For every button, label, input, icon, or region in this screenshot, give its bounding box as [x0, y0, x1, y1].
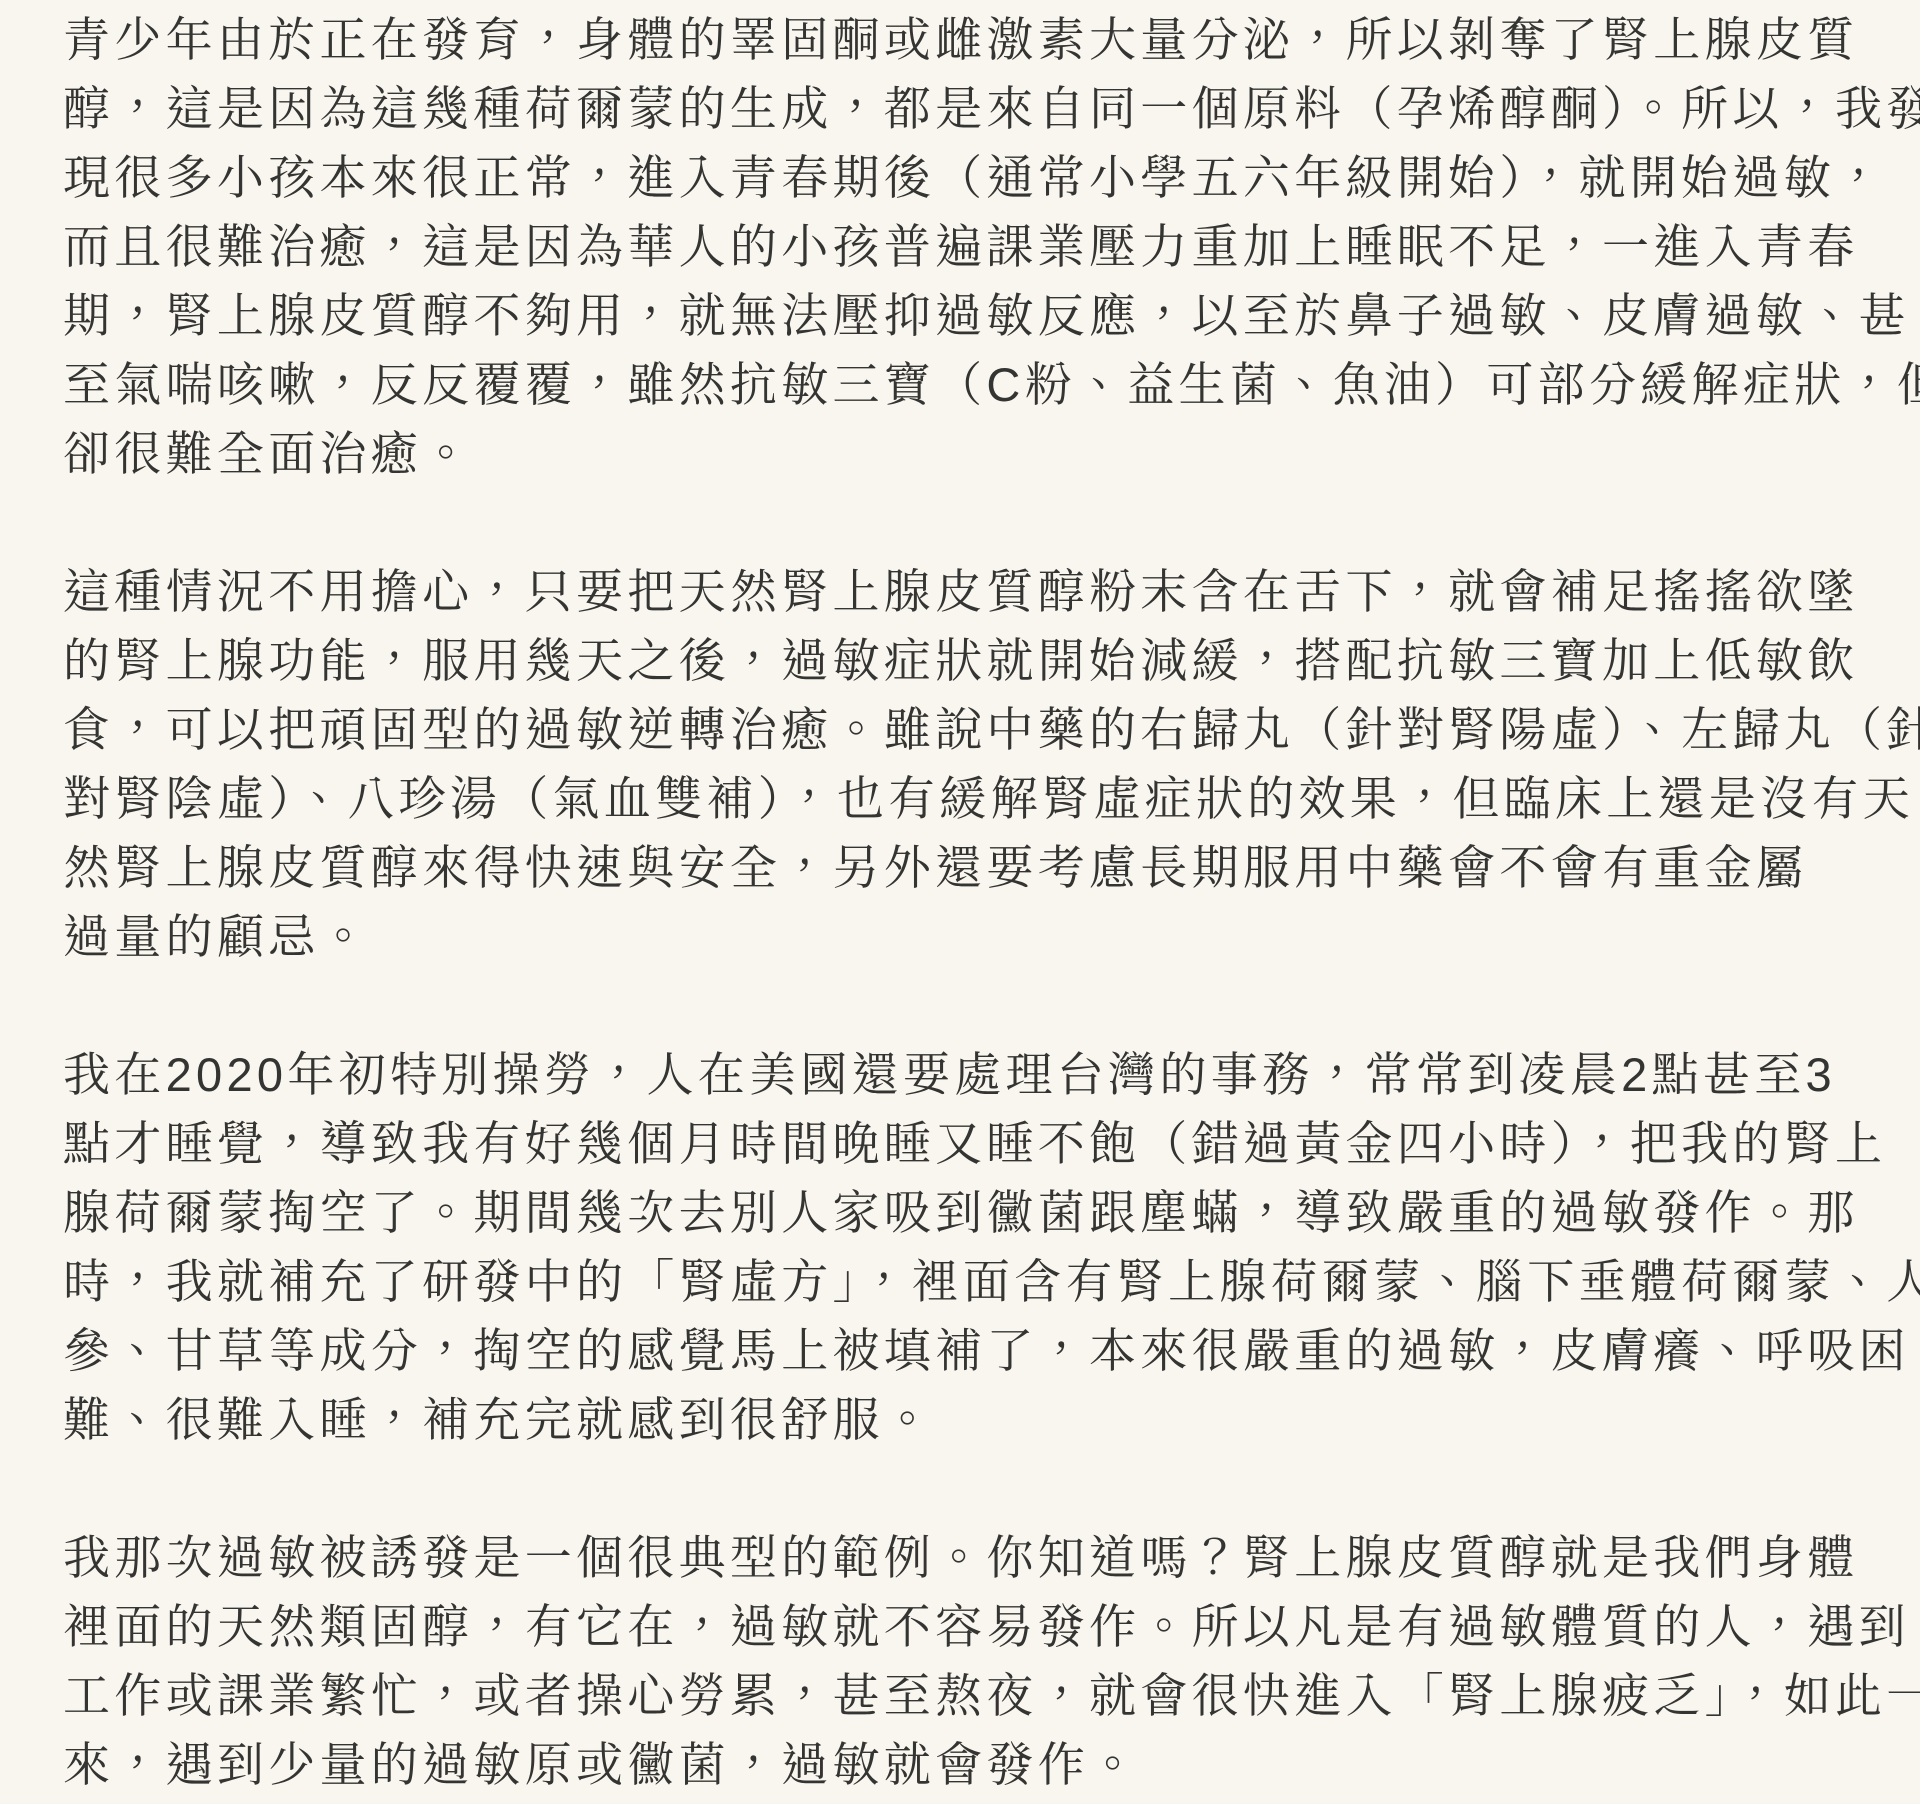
- text-line: 然腎上腺皮質醇來得快速與安全，另外還要考慮長期服用中藥會不會有重金屬: [63, 833, 1880, 902]
- text-line: 參、甘草等成分，掏空的感覺馬上被填補了，本來很嚴重的過敏，皮膚癢、呼吸困: [63, 1316, 1880, 1385]
- article-text: 青少年由於正在發育，身體的睪固酮或雌激素大量分泌，所以剝奪了腎上腺皮質 醇，這是…: [63, 5, 1880, 1799]
- text-line: 醇，這是因為這幾種荷爾蒙的生成，都是來自同一個原料（孕烯醇酮）。所以，我發: [63, 74, 1880, 143]
- text-line: 裡面的天然類固醇，有它在，過敏就不容易發作。所以凡是有過敏體質的人，遇到: [63, 1592, 1880, 1661]
- text-line: 來，遇到少量的過敏原或黴菌，過敏就會發作。: [63, 1730, 1880, 1799]
- text-line: 腺荷爾蒙掏空了。期間幾次去別人家吸到黴菌跟塵蟎，導致嚴重的過敏發作。那: [63, 1178, 1880, 1247]
- text-line: 時，我就補充了研發中的「腎虛方」，裡面含有腎上腺荷爾蒙、腦下垂體荷爾蒙、人: [63, 1247, 1880, 1316]
- text-line: 青少年由於正在發育，身體的睪固酮或雌激素大量分泌，所以剝奪了腎上腺皮質: [63, 5, 1880, 74]
- text-line: 的腎上腺功能，服用幾天之後，過敏症狀就開始減緩，搭配抗敏三寶加上低敏飲: [63, 626, 1880, 695]
- text-line: 這種情況不用擔心，只要把天然腎上腺皮質醇粉末含在舌下，就會補足搖搖欲墜: [63, 557, 1880, 626]
- text-line: 工作或課業繁忙，或者操心勞累，甚至熬夜，就會很快進入「腎上腺疲乏」，如此一: [63, 1661, 1880, 1730]
- text-line: 食，可以把頑固型的過敏逆轉治癒。雖說中藥的右歸丸（針對腎陽虛）、左歸丸（針: [63, 695, 1880, 764]
- text-line: 對腎陰虛）、八珍湯（氣血雙補），也有緩解腎虛症狀的效果，但臨床上還是沒有天: [63, 764, 1880, 833]
- paragraph-adolescents-allergy: 青少年由於正在發育，身體的睪固酮或雌激素大量分泌，所以剝奪了腎上腺皮質 醇，這是…: [63, 5, 1880, 488]
- text-line: 期，腎上腺皮質醇不夠用，就無法壓抑過敏反應，以至於鼻子過敏、皮膚過敏、甚: [63, 281, 1880, 350]
- text-line: 難、很難入睡，補充完就感到很舒服。: [63, 1385, 1880, 1454]
- text-line: 我在2020年初特別操勞，人在美國還要處理台灣的事務，常常到凌晨2點甚至3: [63, 1040, 1880, 1109]
- text-line: 卻很難全面治癒。: [63, 419, 1880, 488]
- text-line: 過量的顧忌。: [63, 902, 1880, 971]
- paragraph-natural-steroid: 我那次過敏被誘發是一個很典型的範例。你知道嗎？腎上腺皮質醇就是我們身體 裡面的天…: [63, 1523, 1880, 1799]
- document-page: 青少年由於正在發育，身體的睪固酮或雌激素大量分泌，所以剝奪了腎上腺皮質 醇，這是…: [0, 0, 1920, 1804]
- text-line: 而且很難治癒，這是因為華人的小孩普遍課業壓力重加上睡眠不足，一進入青春: [63, 212, 1880, 281]
- text-line: 我那次過敏被誘發是一個很典型的範例。你知道嗎？腎上腺皮質醇就是我們身體: [63, 1523, 1880, 1592]
- text-line: 點才睡覺，導致我有好幾個月時間晚睡又睡不飽（錯過黃金四小時），把我的腎上: [63, 1109, 1880, 1178]
- text-line: 至氣喘咳嗽，反反覆覆，雖然抗敏三寶（C粉、益生菌、魚油）可部分緩解症狀，但: [63, 350, 1880, 419]
- paragraph-cortisol-remedy: 這種情況不用擔心，只要把天然腎上腺皮質醇粉末含在舌下，就會補足搖搖欲墜 的腎上腺…: [63, 557, 1880, 971]
- text-line: 現很多小孩本來很正常，進入青春期後（通常小學五六年級開始），就開始過敏，: [63, 143, 1880, 212]
- paragraph-personal-experience: 我在2020年初特別操勞，人在美國還要處理台灣的事務，常常到凌晨2點甚至3 點才…: [63, 1040, 1880, 1454]
